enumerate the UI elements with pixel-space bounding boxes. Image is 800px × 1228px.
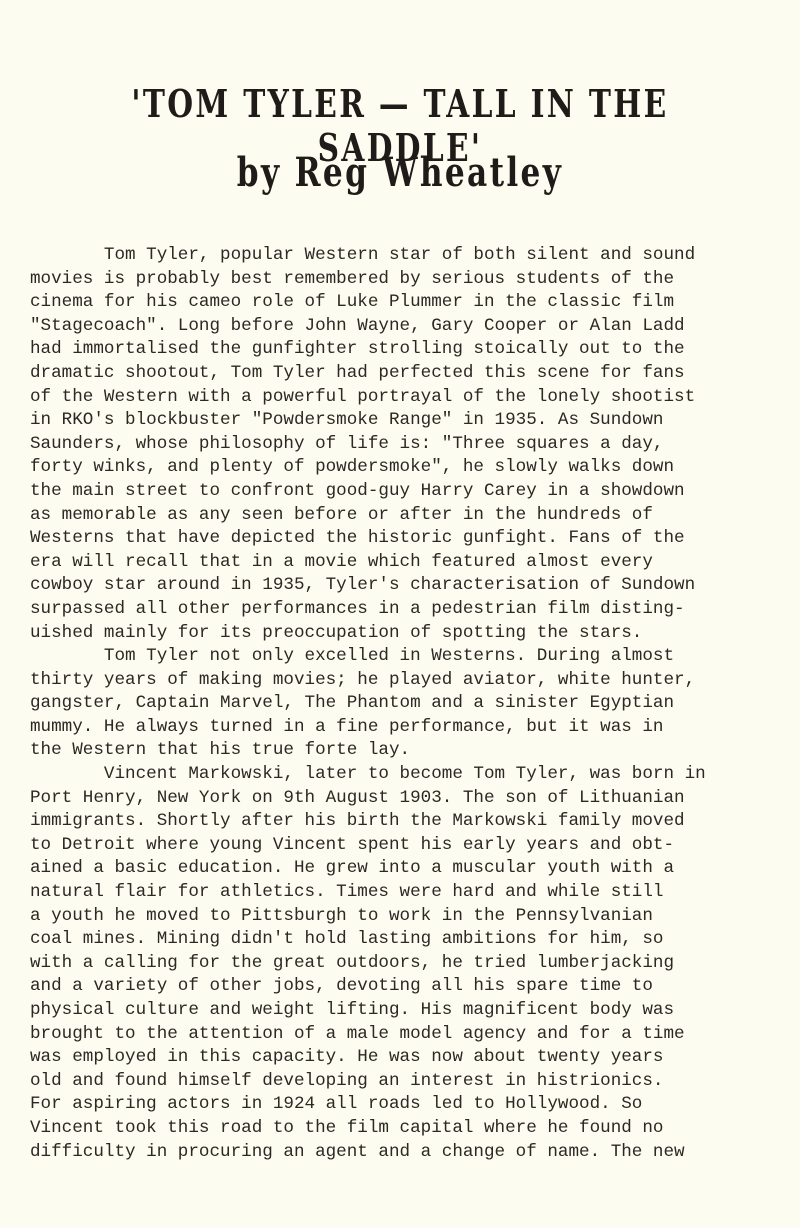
text-line: Westerns that have depicted the historic… (30, 527, 790, 551)
text-line: old and found himself developing an inte… (30, 1070, 790, 1094)
text-line: uished mainly for its preoccupation of s… (30, 622, 790, 646)
text-line: difficulty in procuring an agent and a c… (30, 1141, 790, 1165)
text-line: immigrants. Shortly after his birth the … (30, 810, 790, 834)
text-line: ained a basic education. He grew into a … (30, 857, 790, 881)
text-line: Vincent Markowski, later to become Tom T… (30, 763, 790, 787)
text-line: brought to the attention of a male model… (30, 1023, 790, 1047)
text-line: natural flair for athletics. Times were … (30, 881, 790, 905)
text-line: of the Western with a powerful portrayal… (30, 386, 790, 410)
text-line: Vincent took this road to the film capit… (30, 1117, 790, 1141)
text-line: cinema for his cameo role of Luke Plumme… (30, 291, 790, 315)
text-line: cowboy star around in 1935, Tyler's char… (30, 574, 790, 598)
text-line: Saunders, whose philosophy of life is: "… (30, 433, 790, 457)
text-line: the main street to confront good-guy Har… (30, 480, 790, 504)
text-line: was employed in this capacity. He was no… (30, 1046, 790, 1070)
text-line: mummy. He always turned in a fine perfor… (30, 716, 790, 740)
text-line: in RKO's blockbuster "Powdersmoke Range"… (30, 409, 790, 433)
text-line: gangster, Captain Marvel, The Phantom an… (30, 692, 790, 716)
text-line: Tom Tyler not only excelled in Westerns.… (30, 645, 790, 669)
text-line: Tom Tyler, popular Western star of both … (30, 244, 790, 268)
text-line: as memorable as any seen before or after… (30, 504, 790, 528)
text-line: Port Henry, New York on 9th August 1903.… (30, 787, 790, 811)
text-line: and a variety of other jobs, devoting al… (30, 975, 790, 999)
text-line: coal mines. Mining didn't hold lasting a… (30, 928, 790, 952)
text-line: "Stagecoach". Long before John Wayne, Ga… (30, 315, 790, 339)
text-line: For aspiring actors in 1924 all roads le… (30, 1093, 790, 1117)
text-line: movies is probably best remembered by se… (30, 268, 790, 292)
text-line: surpassed all other performances in a pe… (30, 598, 790, 622)
text-line: forty winks, and plenty of powdersmoke",… (30, 456, 790, 480)
text-line: physical culture and weight lifting. His… (30, 999, 790, 1023)
document-page: 'TOM TYLER — TALL IN THE SADDLE' by Reg … (0, 0, 800, 1228)
text-line: thirty years of making movies; he played… (30, 669, 790, 693)
text-line: with a calling for the great outdoors, h… (30, 952, 790, 976)
text-line: era will recall that in a movie which fe… (30, 551, 790, 575)
text-line: a youth he moved to Pittsburgh to work i… (30, 905, 790, 929)
article-byline: by Reg Wheatley (88, 150, 712, 196)
text-line: to Detroit where young Vincent spent his… (30, 834, 790, 858)
text-line: dramatic shootout, Tom Tyler had perfect… (30, 362, 790, 386)
text-line: the Western that his true forte lay. (30, 739, 790, 763)
article-body: Tom Tyler, popular Western star of both … (30, 244, 790, 1164)
text-line: had immortalised the gunfighter strollin… (30, 338, 790, 362)
